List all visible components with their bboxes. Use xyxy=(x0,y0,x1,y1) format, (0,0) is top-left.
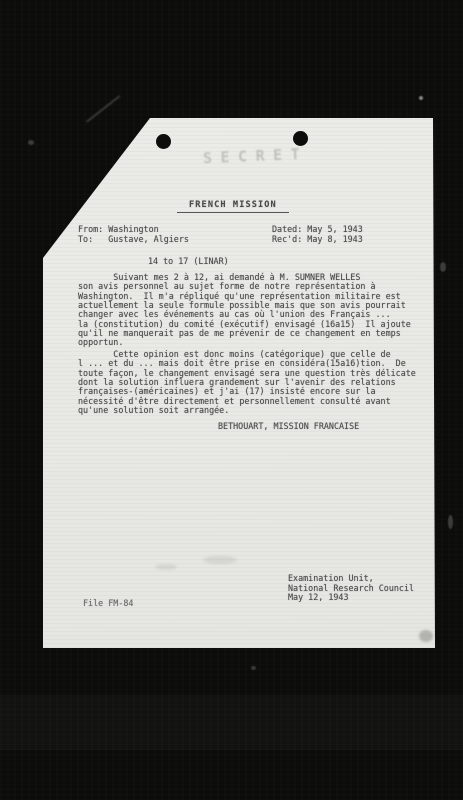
photostat-scan: SECRET FRENCH MISSION From: Washington T… xyxy=(0,0,463,800)
film-scratch xyxy=(86,95,120,122)
examination-unit-block: Examination Unit, National Research Coun… xyxy=(288,574,414,603)
film-speck xyxy=(251,666,256,670)
page-corner-smudge xyxy=(419,630,433,642)
body-paragraph-2: Cette opinion est donc moins (catégoriqu… xyxy=(78,350,416,415)
paper-smudge xyxy=(155,564,177,570)
body-paragraph-1: Suivant mes 2 à 12, ai demandé à M. SUMN… xyxy=(78,273,411,348)
film-speck xyxy=(419,96,423,100)
film-light-band xyxy=(0,695,463,750)
film-speck xyxy=(448,515,453,529)
file-number: File FM-84 xyxy=(83,599,133,608)
signature-line: BETHOUART, MISSION FRANCAISE xyxy=(218,422,359,431)
punch-hole-left xyxy=(156,134,171,149)
paper-smudge xyxy=(203,556,237,564)
document-title: FRENCH MISSION xyxy=(177,201,289,213)
film-speck xyxy=(28,140,34,145)
reference-line: 14 to 17 (LINAR) xyxy=(148,257,229,266)
document-title-text: FRENCH MISSION xyxy=(177,201,289,213)
header-dates: Dated: May 5, 1943 Rec'd: May 8, 1943 xyxy=(272,224,363,244)
header-from-to: From: Washington To: Gustave, Algiers xyxy=(78,224,189,244)
film-speck xyxy=(440,262,446,272)
classification-stamp: SECRET xyxy=(203,145,309,168)
scanned-page: SECRET FRENCH MISSION From: Washington T… xyxy=(43,118,435,648)
punch-hole-right xyxy=(293,131,308,146)
